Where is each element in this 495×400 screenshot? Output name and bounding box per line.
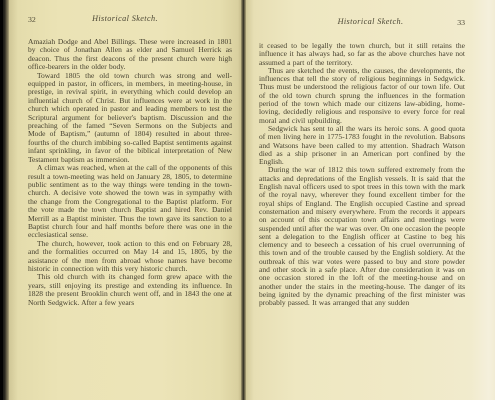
book-scan: 32 Historical Sketch. Amaziah Dodge and …: [0, 0, 495, 400]
paragraph: it ceased to be legally the town church,…: [259, 42, 465, 67]
scan-left-edge: [0, 0, 9, 400]
page-right: Historical Sketch. 33 it ceased to be le…: [246, 0, 495, 400]
page-number-right: 33: [457, 18, 465, 27]
paragraph: This old church with its changed form gr…: [28, 273, 232, 307]
paragraph: During the war of 1812 this town suffere…: [259, 166, 465, 307]
paragraph: The church, however, took action to this…: [28, 240, 232, 274]
page-left-header: 32 Historical Sketch.: [9, 14, 241, 27]
page-right-body: it ceased to be legally the town church,…: [259, 42, 465, 308]
page-left-body: Amaziah Dodge and Abel Billings. These w…: [28, 38, 232, 307]
page-right-header: Historical Sketch. 33: [246, 17, 495, 30]
running-header-left: Historical Sketch.: [9, 14, 241, 23]
page-left: 32 Historical Sketch. Amaziah Dodge and …: [9, 0, 241, 400]
paragraph: A climax was reached, when at the call o…: [28, 164, 232, 240]
paragraph: Sedgwick has sent to all the wars its he…: [259, 125, 465, 166]
paragraph: Toward 1805 the old town church was stro…: [28, 72, 232, 164]
paragraph: Amaziah Dodge and Abel Billings. These w…: [28, 38, 232, 72]
paragraph: Thus are sketched the events, the causes…: [259, 67, 465, 125]
